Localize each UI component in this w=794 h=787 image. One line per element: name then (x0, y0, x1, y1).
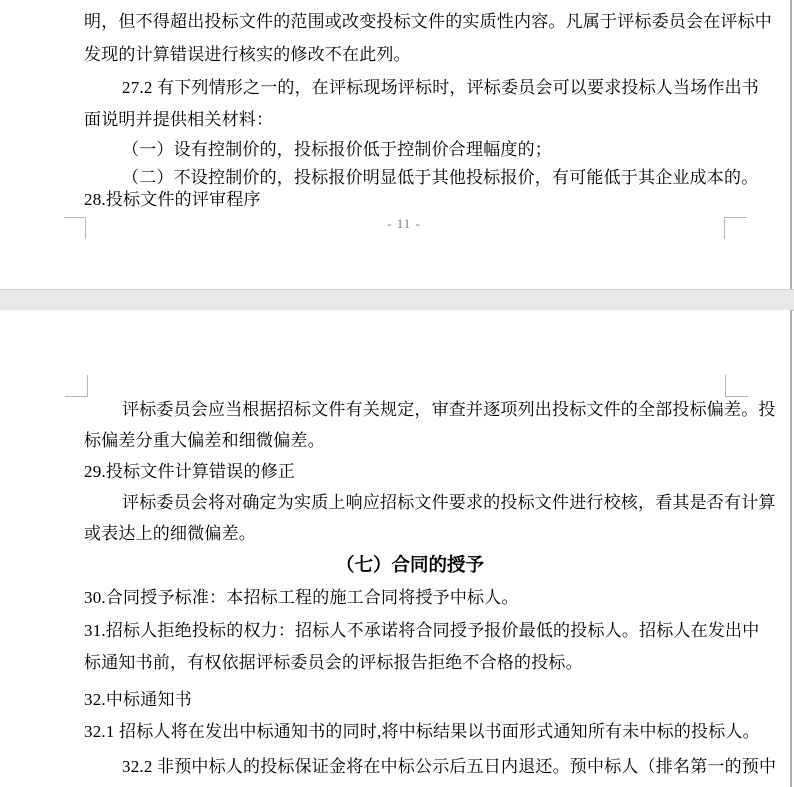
page-break-gap (0, 289, 794, 311)
text-line: 32.2 非预中标人的投标保证金将在中标公示后五日内退还。预中标人（排名第一的预… (122, 757, 776, 776)
text-line: 或表达上的细微偏差。 (84, 524, 256, 543)
text-line: 标偏差分重大偏差和细微偏差。 (84, 431, 325, 450)
text-line: 32.中标通知书 (84, 690, 192, 709)
page-12: 评标委员会应当根据招标文件有关规定，审查并逐项列出投标文件的全部投标偏差。投 标… (0, 310, 790, 787)
text-line: （一）设有控制价的，投标报价低于控制价合理幅度的； (122, 140, 552, 159)
page-edge-line (790, 0, 792, 289)
text-line: 明，但不得超出投标文件的范围或改变投标文件的实质性内容。凡属于评标委员会在评标中 (84, 12, 772, 31)
section-heading: （七）合同的授予 (84, 551, 736, 577)
text-line: 28.投标文件的评审程序 (84, 190, 261, 209)
text-line: 31.招标人拒绝投标的权力：招标人不承诺将合同授予报价最低的投标人。招标人在发出… (84, 621, 759, 640)
text-line: 面说明并提供相关材料： (84, 110, 273, 129)
text-line: 发现的计算错误进行核实的修改不在此列。 (84, 45, 411, 64)
page-edge-line (790, 310, 792, 787)
text-line: 27.2 有下列情形之一的，在评标现场评标时，评标委员会可以要求投标人当场作出书 (122, 78, 759, 97)
page-11: 明，但不得超出投标文件的范围或改变投标文件的实质性内容。凡属于评标委员会在评标中… (0, 0, 790, 289)
page-number: - 11 - (84, 216, 724, 232)
document-viewer: { "document": { "footer": { "page_number… (0, 0, 794, 787)
text-line: 评标委员会将对确定为实质上响应招标文件要求的投标文件进行校核，看其是否有计算 (122, 493, 776, 512)
text-line: 标通知书前，有权依据评标委员会的评标报告拒绝不合格的投标。 (84, 653, 583, 672)
text-line: 32.1 招标人将在发出中标通知书的同时,将中标结果以书面形式通知所有未中标的投… (84, 722, 760, 741)
text-line: 评标委员会应当根据招标文件有关规定，审查并逐项列出投标文件的全部投标偏差。投 (122, 400, 776, 419)
text-line: 30.合同授予标准：本招标工程的施工合同将授予中标人。 (84, 588, 519, 607)
text-line: 29.投标文件计算错误的修正 (84, 462, 295, 481)
text-line: （二）不设控制价的，投标报价明显低于其他投标报价，有可能低于其企业成本的。 (122, 168, 758, 187)
